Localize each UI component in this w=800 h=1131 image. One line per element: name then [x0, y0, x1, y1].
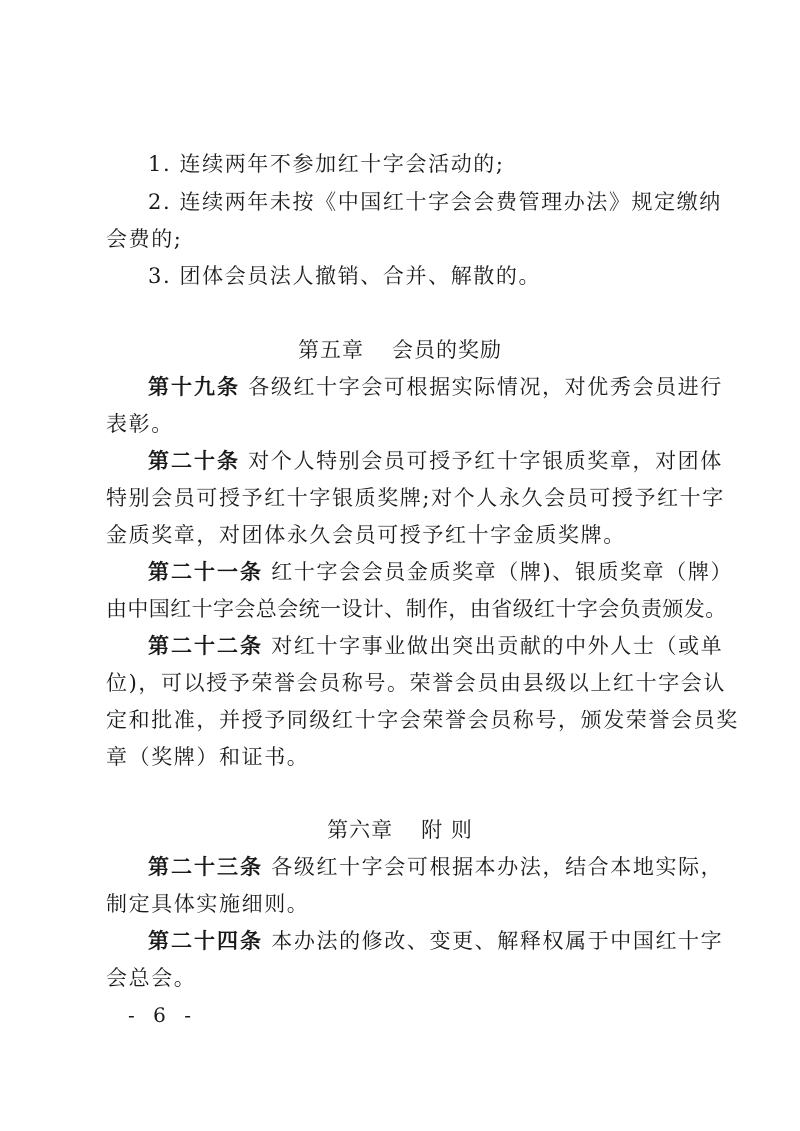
article-21-line-2: 由中国红十字会总会统一设计、制作，由省级红十字会负责颁发。 [106, 595, 702, 623]
article-22-text: 对红十字事业做出突出贡献的中外人士（或单 [271, 634, 723, 658]
article-20-line-2: 特别会员可授予红十字银质奖牌;对个人永久会员可授予红十字 [106, 484, 702, 512]
article-19-label: 第十九条 [148, 375, 240, 399]
chapter-6-heading: 第六章附 则 [0, 816, 800, 844]
article-22-line-2: 位)，可以授予荣誉会员称号。荣誉会员由县级以上红十字会认 [106, 669, 702, 697]
article-24: 第二十四条 本办法的修改、变更、解释权属于中国红十字 [148, 927, 702, 955]
article-22-line-3: 定和批准，并授予同级红十字会荣誉会员称号，颁发荣誉会员奖 [106, 706, 702, 734]
list-item-1: 1. 连续两年不参加红十字会活动的; [148, 150, 702, 178]
article-19-continued: 表彰。 [106, 410, 702, 438]
chapter-6-title: 附 则 [421, 818, 473, 842]
article-23-text: 各级红十字会可根据本办法，结合本地实际， [271, 855, 723, 879]
document-page: 1. 连续两年不参加红十字会活动的; 2. 连续两年未按《中国红十字会会费管理办… [0, 0, 800, 1131]
article-22-label: 第二十二条 [148, 634, 263, 658]
article-19: 第十九条 各级红十字会可根据实际情况，对优秀会员进行 [148, 373, 702, 401]
article-23-continued: 制定具体实施细则。 [106, 890, 702, 918]
article-20-text: 对个人特别会员可授予红十字银质奖章，对团体 [248, 449, 723, 473]
page-number: - 6 - [128, 1003, 197, 1027]
article-19-text: 各级红十字会可根据实际情况，对优秀会员进行 [248, 375, 723, 399]
article-21-text: 红十字会会员金质奖章（牌)、银质奖章（牌） [271, 560, 733, 584]
article-22: 第二十二条 对红十字事业做出突出贡献的中外人士（或单 [148, 632, 702, 660]
chapter-5-title: 会员的奖励 [392, 338, 502, 362]
article-20-label: 第二十条 [148, 449, 240, 473]
article-20: 第二十条 对个人特别会员可授予红十字银质奖章，对团体 [148, 447, 702, 475]
list-item-3: 3. 团体会员法人撤销、合并、解散的。 [148, 262, 702, 290]
chapter-6-number: 第六章 [327, 818, 393, 842]
list-item-2: 2. 连续两年未按《中国红十字会会费管理办法》规定缴纳 [148, 188, 702, 216]
chapter-5-number: 第五章 [298, 338, 364, 362]
list-item-2-continued: 会费的; [106, 225, 702, 253]
article-22-line-4: 章（奖牌）和证书。 [106, 743, 702, 771]
chapter-5-heading: 第五章会员的奖励 [0, 336, 800, 364]
article-20-line-3: 金质奖章，对团体永久会员可授予红十字金质奖牌。 [106, 521, 702, 549]
article-24-label: 第二十四条 [148, 929, 263, 953]
article-24-text: 本办法的修改、变更、解释权属于中国红十字 [271, 929, 723, 953]
article-23: 第二十三条 各级红十字会可根据本办法，结合本地实际， [148, 853, 702, 881]
article-21: 第二十一条 红十字会会员金质奖章（牌)、银质奖章（牌） [148, 558, 702, 586]
article-23-label: 第二十三条 [148, 855, 263, 879]
article-24-continued: 会总会。 [106, 964, 702, 992]
article-21-label: 第二十一条 [148, 560, 263, 584]
